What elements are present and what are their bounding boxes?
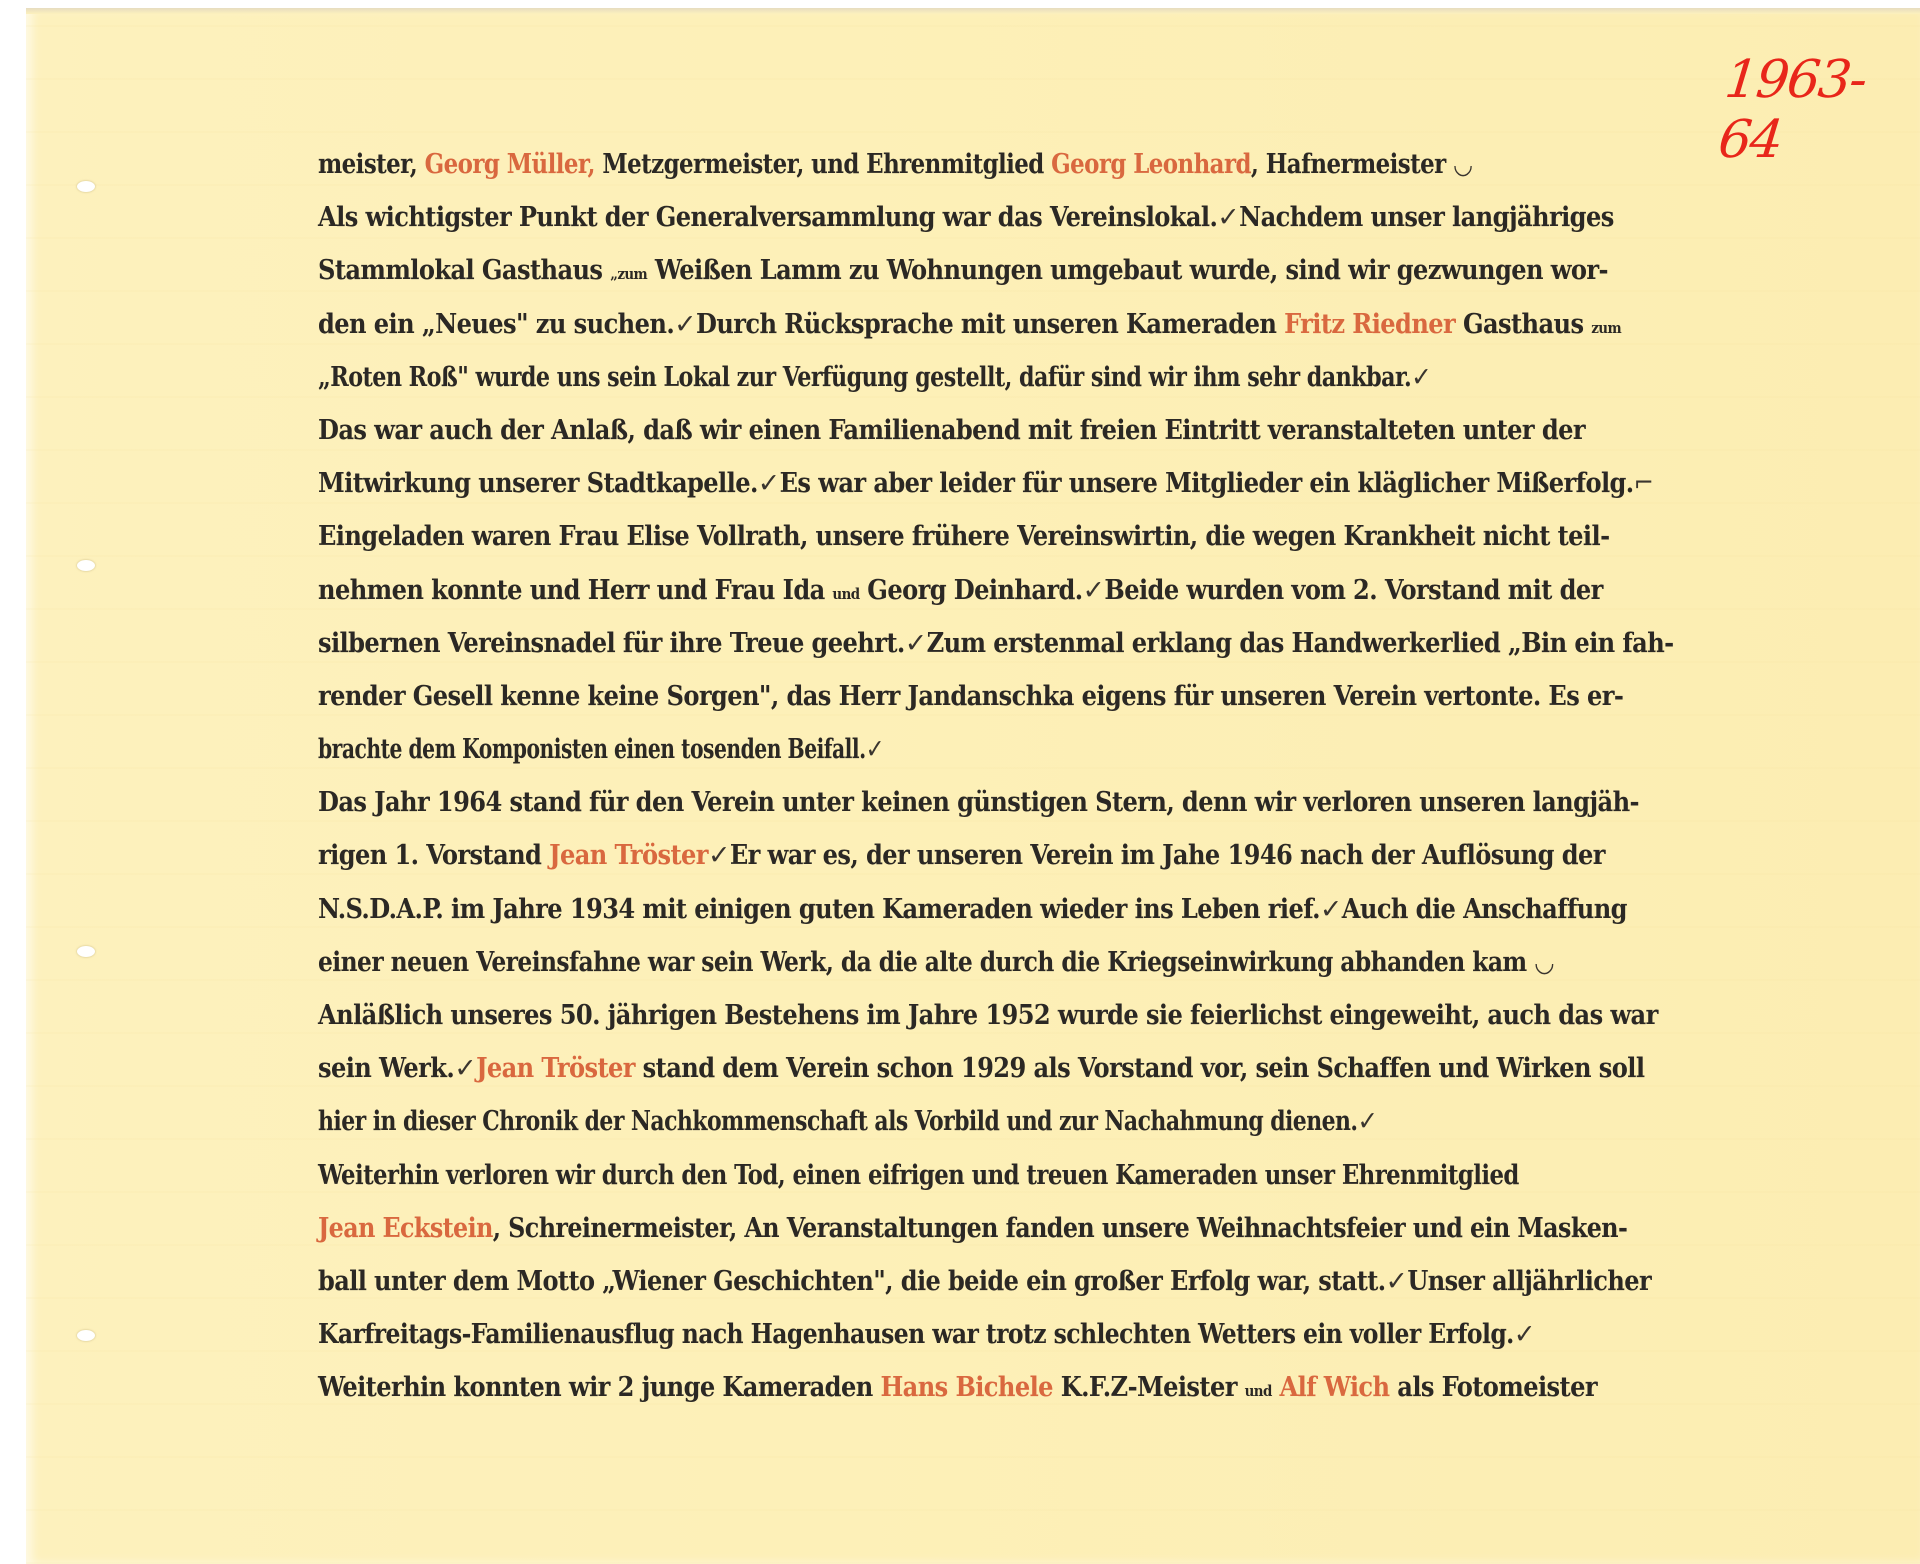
text-segment: Das Jahr 1964 stand für den Verein unter… (318, 787, 1639, 818)
line-end-mark-icon: ◡ (1453, 149, 1472, 180)
text-segment: Unser alljährlicher (1407, 1266, 1651, 1297)
text-line-3: Stammlokal Gasthaus „zum Weißen Lamm zu … (318, 244, 1798, 297)
text-line-19: hier in dieser Chronik der Nachkommensch… (318, 1095, 1663, 1148)
text-segment: als Fotomeister (1389, 1372, 1596, 1403)
sentence-mark-icon: ✓ (1386, 1266, 1408, 1297)
text-segment: Stammlokal Gasthaus (318, 255, 610, 286)
text-segment: Nachdem unser langjähriges (1239, 202, 1614, 233)
punch-hole-1 (77, 181, 95, 192)
text-segment: „Roten Roß" wurde uns sein Lokal zur Ver… (318, 362, 1411, 393)
sentence-mark-icon: ✓ (1514, 1319, 1535, 1350)
text-segment: Anläßlich unseres 50. jährigen Bestehens… (318, 1000, 1658, 1031)
text-line-14: rigen 1. Vorstand Jean Tröster✓Er war es… (318, 829, 1798, 882)
text-segment: Georg Deinhard. (860, 575, 1083, 606)
text-segment: Mitwirkung unserer Stadtkapelle. (318, 468, 758, 499)
text-segment: render Gesell kenne keine Sorgen", das H… (318, 681, 1623, 712)
text-segment: , Schreinermeister, An Veranstaltungen f… (493, 1213, 1628, 1244)
highlighted-name: Georg Leonhard (1051, 149, 1251, 180)
sentence-mark-icon: ✓ (454, 1053, 476, 1084)
text-line-11: render Gesell kenne keine Sorgen", das H… (318, 670, 1798, 723)
text-line-16: einer neuen Vereinsfahne war sein Werk, … (318, 936, 1753, 989)
text-line-20: Weiterhin verloren wir durch den Tod, ei… (318, 1149, 1718, 1202)
text-line-12: brachte dem Komponisten einen tosenden B… (318, 723, 1563, 776)
text-segment: Er war es, der unseren Verein im Jahe 19… (730, 840, 1605, 871)
sentence-mark-icon: ✓ (758, 468, 780, 499)
text-line-4: den ein „Neues" zu suchen.✓Durch Rückspr… (318, 298, 1798, 351)
text-segment: Weiterhin verloren wir durch den Tod, ei… (318, 1160, 1519, 1191)
text-segment: hier in dieser Chronik der Nachkommensch… (318, 1106, 1358, 1137)
punch-hole-3 (77, 946, 95, 957)
sentence-mark-icon: ✓ (905, 628, 927, 659)
small-text: und (1245, 1382, 1272, 1400)
text-line-18: sein Werk.✓Jean Tröster stand dem Verein… (318, 1042, 1798, 1095)
text-segment: nehmen konnte und Herr und Frau Ida (318, 575, 832, 606)
small-text: zum (1591, 319, 1621, 337)
text-segment: ball unter dem Motto „Wiener Geschichten… (318, 1266, 1386, 1297)
text-segment: brachte dem Komponisten einen tosenden B… (318, 734, 866, 765)
text-line-23: Karfreitags-Familienausflug nach Hagenha… (318, 1308, 1758, 1361)
sentence-mark-icon: ✓ (1320, 894, 1342, 925)
highlighted-name: Fritz Riedner (1284, 309, 1455, 340)
text-line-7: Mitwirkung unserer Stadtkapelle.✓Es war … (318, 457, 1798, 510)
highlighted-name: Hans Bichele (880, 1372, 1052, 1403)
text-line-15: N.S.D.A.P. im Jahre 1934 mit einigen gut… (318, 883, 1798, 936)
line-end-mark-icon: ⌐ (1634, 468, 1654, 499)
highlighted-name: Alf Wich (1280, 1372, 1390, 1403)
text-line-13: Das Jahr 1964 stand für den Verein unter… (318, 776, 1798, 829)
text-line-9: nehmen konnte und Herr und Frau Ida und … (318, 564, 1798, 617)
text-segment: , Hafnermeister (1251, 149, 1453, 180)
text-segment: N.S.D.A.P. im Jahre 1934 mit einigen gut… (318, 894, 1320, 925)
sentence-mark-icon: ✓ (1217, 202, 1239, 233)
sentence-mark-icon: ✓ (708, 840, 730, 871)
chronicle-text: meister, Georg Müller, Metzgermeister, u… (318, 138, 1808, 1415)
text-line-24: Weiterhin konnten wir 2 junge Kameraden … (318, 1361, 1798, 1414)
text-segment: Auch die Anschaffung (1342, 894, 1627, 925)
text-segment: rigen 1. Vorstand (318, 840, 549, 871)
text-line-10: silbernen Vereinsnadel für ihre Treue ge… (318, 617, 1798, 670)
small-text: und (832, 585, 859, 603)
punch-hole-2 (77, 560, 95, 571)
text-segment: meister, (318, 149, 425, 180)
text-segment: silbernen Vereinsnadel für ihre Treue ge… (318, 628, 905, 659)
highlighted-name: Jean Tröster (476, 1053, 635, 1084)
sentence-mark-icon: ✓ (1358, 1106, 1378, 1137)
text-segment: sein Werk. (318, 1053, 454, 1084)
text-segment: Karfreitags-Familienausflug nach Hagenha… (318, 1319, 1514, 1350)
sentence-mark-icon: ✓ (1083, 575, 1105, 606)
highlighted-name: Georg Müller, (425, 149, 595, 180)
text-segment: Gasthaus (1455, 309, 1591, 340)
text-segment: den ein „Neues" zu suchen. (318, 309, 674, 340)
text-line-21: Jean Eckstein, Schreinermeister, An Vera… (318, 1202, 1778, 1255)
text-segment: Weiterhin konnten wir 2 junge Kameraden (318, 1372, 880, 1403)
highlighted-name: Jean Eckstein (318, 1213, 493, 1244)
text-line-2: Als wichtigster Punkt der Generalversamm… (318, 191, 1798, 244)
text-segment: Zum erstenmal erklang das Handwerkerlied… (927, 628, 1674, 659)
sentence-mark-icon: ✓ (1411, 362, 1431, 393)
text-segment: Weißen Lamm zu Wohnungen umgebaut wurde,… (647, 255, 1608, 286)
text-segment: Metzgermeister, und Ehrenmitglied (595, 149, 1051, 180)
text-segment: einer neuen Vereinsfahne war sein Werk, … (318, 947, 1534, 978)
text-line-8: Eingeladen waren Frau Elise Vollrath, un… (318, 510, 1798, 563)
text-segment: Eingeladen waren Frau Elise Vollrath, un… (318, 521, 1610, 552)
text-segment: Als wichtigster Punkt der Generalversamm… (318, 202, 1217, 233)
text-segment: Beide wurden vom 2. Vorstand mit der (1104, 575, 1602, 606)
text-segment (1272, 1372, 1280, 1403)
small-text: „zum (610, 265, 647, 283)
text-segment: K.F.Z-Meister (1053, 1372, 1245, 1403)
text-line-22: ball unter dem Motto „Wiener Geschichten… (318, 1255, 1793, 1308)
sentence-mark-icon: ✓ (866, 734, 884, 765)
text-segment: Es war aber leider für unsere Mitglieder… (780, 468, 1634, 499)
line-end-mark-icon: ◡ (1534, 947, 1554, 978)
text-segment: Das war auch der Anlaß, daß wir einen Fa… (318, 415, 1585, 446)
text-line-6: Das war auch der Anlaß, daß wir einen Fa… (318, 404, 1798, 457)
page-top-edge (26, 8, 1920, 14)
text-line-1: meister, Georg Müller, Metzgermeister, u… (318, 138, 1723, 191)
text-line-5: „Roten Roß" wurde uns sein Lokal zur Ver… (318, 351, 1683, 404)
text-line-17: Anläßlich unseres 50. jährigen Bestehens… (318, 989, 1798, 1042)
highlighted-name: Jean Tröster (549, 840, 708, 871)
text-segment: Durch Rücksprache mit unseren Kameraden (696, 309, 1284, 340)
text-segment: stand dem Verein schon 1929 als Vorstand… (635, 1053, 1645, 1084)
punch-hole-4 (77, 1330, 95, 1341)
sentence-mark-icon: ✓ (674, 309, 696, 340)
